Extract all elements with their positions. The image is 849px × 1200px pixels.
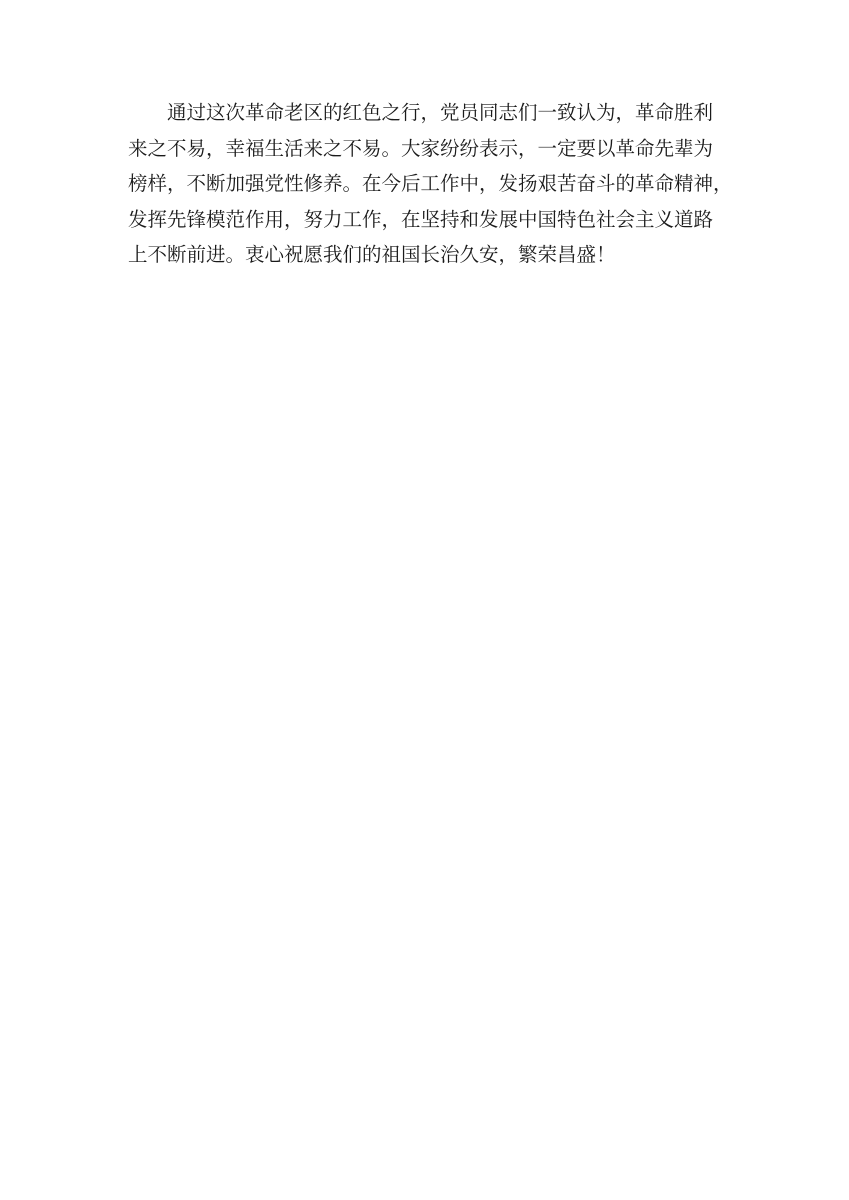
paragraph-line: 上不断前进。衷心祝愿我们的祖国长治久安，繁荣昌盛！ [128, 237, 728, 273]
body-paragraph: 通过这次革命老区的红色之行，党员同志们一致认为，革命胜利 来之不易，幸福生活来之… [128, 95, 728, 273]
paragraph-line: 来之不易，幸福生活来之不易。大家纷纷表示，一定要以革命先辈为 [128, 131, 728, 167]
paragraph-line: 发挥先锋模范作用，努力工作，在坚持和发展中国特色社会主义道路 [128, 202, 728, 238]
paragraph-line: 榜样，不断加强党性修养。在今后工作中，发扬艰苦奋斗的革命精神， [128, 166, 728, 202]
paragraph-line: 通过这次革命老区的红色之行，党员同志们一致认为，革命胜利 [128, 95, 728, 131]
document-page: 通过这次革命老区的红色之行，党员同志们一致认为，革命胜利 来之不易，幸福生活来之… [0, 0, 849, 1200]
